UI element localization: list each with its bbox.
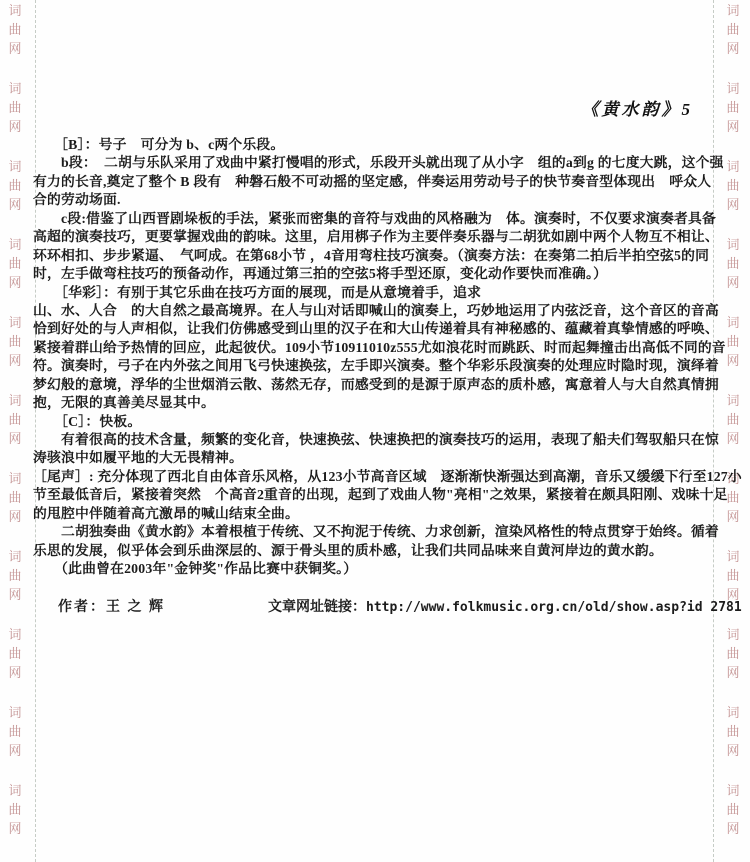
text-line: 时，左手做弯柱技巧的预备动作，再通过第三拍的空弦5将手型还原，变化动作要快而准确… bbox=[33, 265, 717, 283]
watermark-char: 曲 bbox=[8, 23, 21, 37]
watermark-char: 曲 bbox=[726, 179, 739, 193]
watermark-char: 网 bbox=[726, 432, 739, 446]
watermark-char: 词 bbox=[8, 628, 21, 642]
watermark-char: 词 bbox=[8, 472, 21, 486]
watermark-char: 网 bbox=[726, 354, 739, 368]
text-line: 有力的长音,奠定了整个 B 段有 种磐石般不可动摇的坚定感，伴奏运用劳动号子的快… bbox=[33, 173, 717, 191]
article-body: ［B］：号子 可分为 b、c两个乐段。 b段： 二胡与乐队采用了戏曲中紧打慢唱的… bbox=[33, 136, 717, 579]
article-link-row: 文章网址链接：http://www.folkmusic.org.cn/old/s… bbox=[268, 596, 742, 616]
watermark-column-right: 词曲网词曲网词曲网词曲网词曲网词曲网词曲网词曲网词曲网词曲网词曲网 bbox=[724, 4, 742, 862]
text-line: 有着很高的技术含量，频繁的变化音，快速换弦、快速换把的演奏技巧的运用，表现了船夫… bbox=[33, 431, 717, 449]
watermark-char: 词 bbox=[726, 4, 739, 18]
text-line: 梦幻般的意境，浮华的尘世烟消云散、荡然无存，而感受到的是源于原声态的质朴感，寓意… bbox=[33, 376, 717, 394]
watermark-char: 词 bbox=[726, 784, 739, 798]
watermark-char: 曲 bbox=[8, 803, 21, 817]
watermark-char: 网 bbox=[726, 510, 739, 524]
watermark-char: 网 bbox=[726, 666, 739, 680]
watermark-char: 网 bbox=[726, 198, 739, 212]
text-line: （此曲曾在2003年"金钟奖"作品比赛中获铜奖。） bbox=[33, 560, 717, 578]
watermark-char: 曲 bbox=[726, 803, 739, 817]
watermark-char: 曲 bbox=[726, 569, 739, 583]
watermark-char: 词 bbox=[8, 550, 21, 564]
watermark-char: 词 bbox=[726, 394, 739, 408]
watermark-char: 词 bbox=[726, 238, 739, 252]
watermark-char: 词 bbox=[8, 784, 21, 798]
watermark-char: 网 bbox=[8, 354, 21, 368]
author-label: 作者：王 之 辉 bbox=[58, 596, 165, 616]
text-line: 恰到好处的与人声相似，让我们仿佛感受到山里的汉子在和大山传递着具有神秘感的、蕴藏… bbox=[33, 320, 717, 338]
watermark-char: 网 bbox=[8, 666, 21, 680]
text-line: 乐思的发展，似乎体会到乐曲深层的、源于骨头里的质朴感，让我们共同品味来自黄河岸边… bbox=[33, 542, 717, 560]
watermark-char: 曲 bbox=[726, 413, 739, 427]
watermark-char: 词 bbox=[726, 316, 739, 330]
watermark-char: 网 bbox=[726, 276, 739, 290]
watermark-char: 网 bbox=[726, 42, 739, 56]
watermark-char: 词 bbox=[8, 160, 21, 174]
text-line: c段:借鉴了山西晋剧垛板的手法，紧张而密集的音符与戏曲的风格融为 体。演奏时，不… bbox=[33, 210, 717, 228]
watermark-char: 词 bbox=[726, 160, 739, 174]
watermark-char: 网 bbox=[726, 120, 739, 134]
watermark-char: 曲 bbox=[726, 101, 739, 115]
watermark-char: 词 bbox=[726, 706, 739, 720]
watermark-char: 网 bbox=[8, 744, 21, 758]
text-line: 环环相扣、步步紧逼、 气呵成。在第68小节 ，4音用弯柱技巧演奏。（演奏方法：在… bbox=[33, 247, 717, 265]
watermark-char: 曲 bbox=[8, 725, 21, 739]
watermark-char: 网 bbox=[8, 510, 21, 524]
watermark-char: 网 bbox=[8, 822, 21, 836]
page-title: 《黄水韵》5 bbox=[582, 95, 694, 120]
document-page: 词曲网词曲网词曲网词曲网词曲网词曲网词曲网词曲网词曲网词曲网词曲网 词曲网词曲网… bbox=[0, 0, 750, 862]
watermark-char: 网 bbox=[8, 120, 21, 134]
footer: 作者：王 之 辉 文章网址链接：http://www.folkmusic.org… bbox=[0, 596, 750, 620]
watermark-char: 曲 bbox=[726, 725, 739, 739]
text-line: 紧接着群山给予热情的回应，此起彼伏。109小节10911010z555尤如浪花时… bbox=[33, 339, 717, 357]
watermark-char: 词 bbox=[8, 82, 21, 96]
article-url-link[interactable]: http://www.folkmusic.org.cn/old/show.asp… bbox=[366, 600, 742, 615]
watermark-char: 词 bbox=[726, 550, 739, 564]
watermark-char: 曲 bbox=[726, 491, 739, 505]
watermark-char: 词 bbox=[8, 706, 21, 720]
watermark-char: 网 bbox=[8, 198, 21, 212]
text-line: ［C］：快板。 bbox=[33, 413, 717, 431]
text-line: 抱，无限的真善美尽显其中。 bbox=[33, 394, 717, 412]
text-line: 涛骇浪中如履平地的大无畏精神。 bbox=[33, 449, 717, 467]
watermark-char: 词 bbox=[726, 82, 739, 96]
watermark-char: 曲 bbox=[8, 491, 21, 505]
watermark-char: 曲 bbox=[8, 569, 21, 583]
text-line: 山、水、人合 的大自然之最高境界。在人与山对话即喊山的演奏上，巧妙地运用了内弦泛… bbox=[33, 302, 717, 320]
text-line: ［尾声］: 充分体现了西北自由体音乐风格，从123小节高音区域 逐渐渐快渐强达到… bbox=[33, 468, 717, 486]
watermark-char: 网 bbox=[726, 822, 739, 836]
watermark-char: 词 bbox=[8, 316, 21, 330]
watermark-char: 曲 bbox=[726, 647, 739, 661]
watermark-char: 曲 bbox=[8, 335, 21, 349]
watermark-column-left: 词曲网词曲网词曲网词曲网词曲网词曲网词曲网词曲网词曲网词曲网词曲网 bbox=[6, 4, 24, 862]
watermark-char: 曲 bbox=[8, 413, 21, 427]
watermark-char: 曲 bbox=[726, 23, 739, 37]
watermark-char: 曲 bbox=[726, 335, 739, 349]
text-line: ［B］：号子 可分为 b、c两个乐段。 bbox=[33, 136, 717, 154]
watermark-char: 曲 bbox=[8, 647, 21, 661]
watermark-char: 词 bbox=[8, 394, 21, 408]
watermark-char: 词 bbox=[8, 4, 21, 18]
watermark-char: 词 bbox=[8, 238, 21, 252]
watermark-char: 曲 bbox=[8, 101, 21, 115]
watermark-char: 网 bbox=[8, 42, 21, 56]
text-line: 的甩腔中伴随着高亢激昂的喊山结束全曲。 bbox=[33, 505, 717, 523]
text-line: 符。演奏时，弓子在内外弦之间用飞弓快速换弦，左手即兴演奏。整个华彩乐段演奏的处理… bbox=[33, 357, 717, 375]
watermark-char: 网 bbox=[8, 276, 21, 290]
watermark-char: 曲 bbox=[726, 257, 739, 271]
watermark-char: 网 bbox=[726, 744, 739, 758]
watermark-char: 曲 bbox=[8, 257, 21, 271]
text-line: b段： 二胡与乐队采用了戏曲中紧打慢唱的形式，乐段开头就出现了从小字 组的a到g… bbox=[33, 154, 717, 172]
text-line: 合的劳动场面. bbox=[33, 191, 717, 209]
text-line: 二胡独奏曲《黄水韵》本着根植于传统、又不拘泥于传统、力求创新，渲染风格性的特点贯… bbox=[33, 523, 717, 541]
watermark-char: 曲 bbox=[8, 179, 21, 193]
text-line: 节至最低音后，紧接着突然 个高音2重音的出现，起到了戏曲人物"亮相"之效果，紧接… bbox=[33, 486, 717, 504]
watermark-char: 网 bbox=[8, 432, 21, 446]
text-line: 高超的演奏技巧，更要掌握戏曲的韵味。这里，启用梆子作为主要伴奏乐器与二胡犹如剧中… bbox=[33, 228, 717, 246]
text-line: ［华彩］：有别于其它乐曲在技巧方面的展现，而是从意境着手，追求 bbox=[33, 284, 717, 302]
watermark-char: 词 bbox=[726, 628, 739, 642]
link-label: 文章网址链接： bbox=[268, 600, 366, 615]
